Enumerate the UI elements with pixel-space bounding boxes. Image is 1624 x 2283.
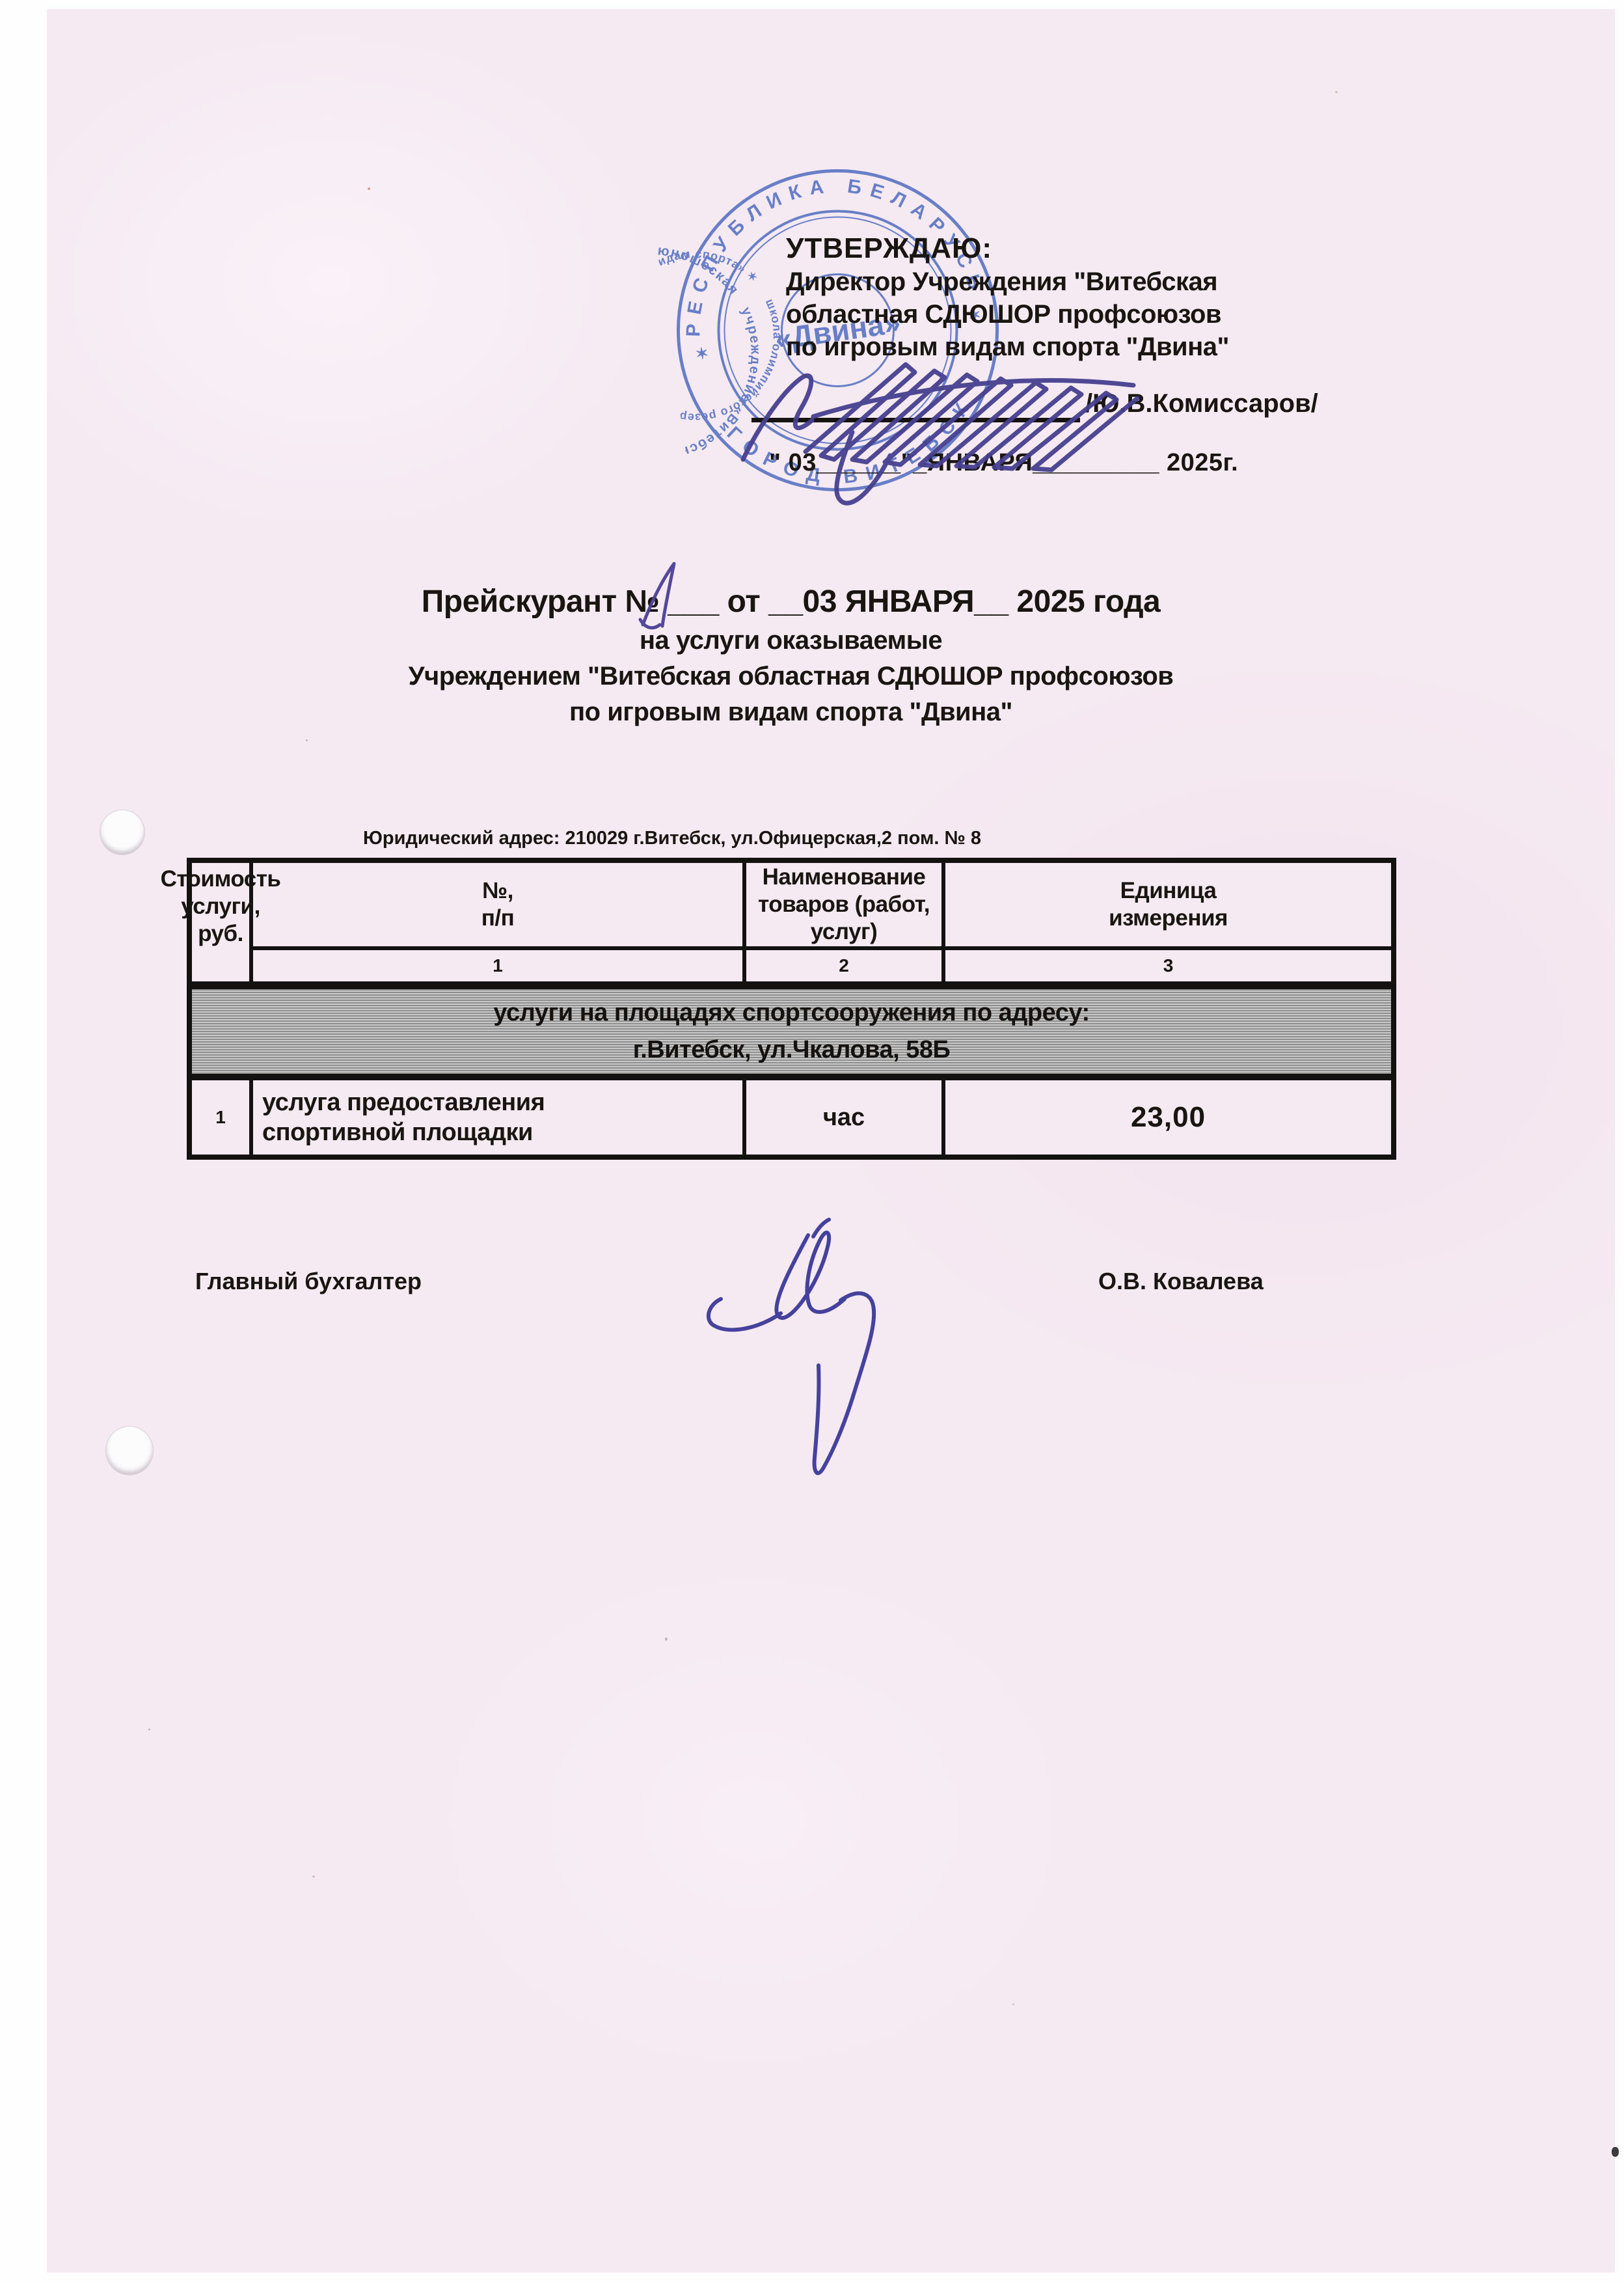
legal-address: Юридический адрес: 210029 г.Витебск, ул.… <box>363 828 981 849</box>
title-line-2: на услуги оказываемые <box>161 623 1420 659</box>
dust-speck <box>665 1637 668 1641</box>
approval-line-3: по игровым видам спорта "Двина" <box>786 331 1502 363</box>
approval-date-line: " 03______"_ЯНВАРЯ_________ 2025г. <box>769 449 1238 477</box>
col-number-3: 3 <box>945 950 1391 981</box>
approval-heading: УТВЕРЖДАЮ: <box>786 232 1502 266</box>
title-line-1: Прейскурант № ___ от __03 ЯНВАРЯ__ 2025 … <box>161 581 1420 623</box>
row-price: 23,00 <box>945 1080 1391 1155</box>
approval-line-1: Директор Учреждения "Витебская <box>786 266 1502 298</box>
approval-line-2: областная СДЮШОР профсоюзов <box>786 298 1502 331</box>
dust-speck <box>306 739 308 741</box>
section-header-line-2: г.Витебск, ул.Чкалова, 58Б <box>633 1036 951 1064</box>
signatory-name: /Ю.В.Комиссаров/ <box>1085 389 1318 418</box>
stamp-star-left: ✶ <box>694 344 710 364</box>
dust-speck <box>1335 91 1338 93</box>
punch-hole-bottom <box>105 1426 154 1475</box>
footer-signatory-name: О.В. Ковалева <box>1098 1268 1264 1295</box>
title-line-4: по игровым видам спорта "Двина" <box>161 694 1420 730</box>
pricing-table: №, п/п Наименование товаров (работ, услу… <box>187 858 1396 1160</box>
dust-speck <box>368 187 370 190</box>
approval-block: УТВЕРЖДАЮ: Директор Учреждения "Витебска… <box>786 232 1502 363</box>
scan-edge-mark <box>1612 2147 1619 2157</box>
row-service-name: услуга предоставления спортивной площадк… <box>253 1080 742 1155</box>
signature-line <box>751 418 1080 422</box>
title-block: Прейскурант № ___ от __03 ЯНВАРЯ__ 2025 … <box>161 581 1420 730</box>
col-header-unit: Единица измерения <box>945 863 1391 946</box>
col-number-2: 2 <box>746 950 941 981</box>
punch-hole-top <box>100 810 145 855</box>
row-number: 1 <box>192 1080 249 1155</box>
table-section-header: услуги на площадях спортсооружения по ад… <box>192 985 1391 1076</box>
col-header-number: №, п/п <box>253 863 742 946</box>
col-header-name: Наименование товаров (работ, услуг) <box>746 863 941 946</box>
dust-speck <box>312 1876 315 1878</box>
footer-position-title: Главный бухгалтер <box>195 1268 422 1295</box>
col-number-1: 1 <box>253 950 742 981</box>
title-line-3: Учреждением "Витебская областная СДЮШОР … <box>161 659 1420 694</box>
section-header-line-1: услуги на площадях спортсооружения по ад… <box>493 999 1089 1027</box>
col-header-price: Стоимость услуги, руб. <box>192 863 249 981</box>
dust-speck <box>148 1729 150 1730</box>
row-unit: час <box>746 1080 941 1155</box>
dust-speck <box>1012 2003 1014 2005</box>
